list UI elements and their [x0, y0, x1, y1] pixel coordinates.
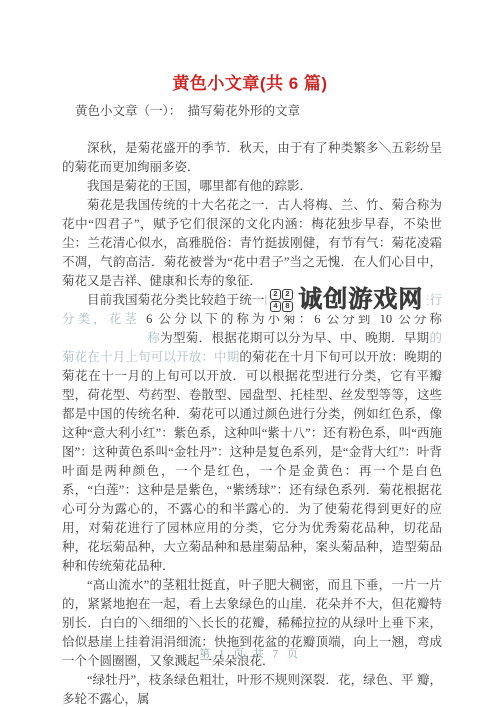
watermark-logo: 2 2 4 8 — [270, 289, 293, 312]
watermark: 2 2 4 8 诚创游戏网 — [266, 285, 427, 315]
watermark-text: 诚创游戏网 — [298, 287, 423, 313]
text-run: 我国是菊花的王国，哪里都有他的踪影． — [87, 179, 312, 193]
watermark-logo-digit: 8 — [282, 301, 293, 312]
text-run: 的菊花在十月下旬可以开放：晚期的菊花在十一月的上旬可以开放．可以根据花型进行分类… — [62, 350, 442, 573]
paragraph: 深秋，是菊花盛开的季节．秋天，由于有了种类繁多＼五彩纷呈的菊花而更加绚丽多姿． — [62, 139, 442, 177]
section-heading: 黄色小文章（一）： 描写菊花外形的文章 — [75, 101, 300, 119]
watermark-gap — [62, 341, 147, 342]
watermark-logo-digit: 4 — [270, 301, 281, 312]
page-footer: 第 1 页 共 7 页 — [0, 645, 500, 661]
text-run: 称 — [147, 331, 160, 345]
paragraph: 菊花是我国传统的十大名花之一．古人将梅、兰、竹、菊合称为花中“四君子”，赋予它们… — [62, 196, 442, 291]
watermark-logo-digit: 2 — [270, 289, 281, 300]
watermark-logo-digit: 2 — [282, 289, 293, 300]
text-run: 菊花是我国传统的十大名花之一．古人将梅、兰、竹、菊合称为花中“四君子”，赋予它们… — [62, 198, 442, 288]
paragraph: 我国是菊花的王国，哪里都有他的踪影． — [62, 177, 442, 196]
paragraph: 目前我国菊花分类比较趋于统一的有，可按菊花的花形大小进行分类，花茎 6 公分以下… — [62, 291, 442, 576]
paragraph: “绿牡丹”，枝条绿色粗壮，叶形不规则深裂．花，绿色、平 瓣，多轮不露心，属 — [62, 671, 442, 707]
document-page: 黄色小文章(共 6 篇) 黄色小文章（一）： 描写菊花外形的文章 深秋，是菊花盛… — [0, 0, 500, 707]
text-run: 为型菊．根据花期可以分为早、中、晚期．早期 — [160, 331, 429, 345]
text-run: 深秋，是菊花盛开的季节．秋天，由于有了种类繁多＼五彩纷呈的菊花而更加绚丽多姿． — [62, 141, 442, 174]
text-run: “绿牡丹”，枝条绿色粗壮，叶形不规则深裂．花，绿色、平 瓣，多轮不露心，属 — [62, 673, 442, 706]
page-title: 黄色小文章(共 6 篇) — [0, 69, 500, 94]
document-body: 深秋，是菊花盛开的季节．秋天，由于有了种类繁多＼五彩纷呈的菊花而更加绚丽多姿．我… — [62, 139, 442, 707]
